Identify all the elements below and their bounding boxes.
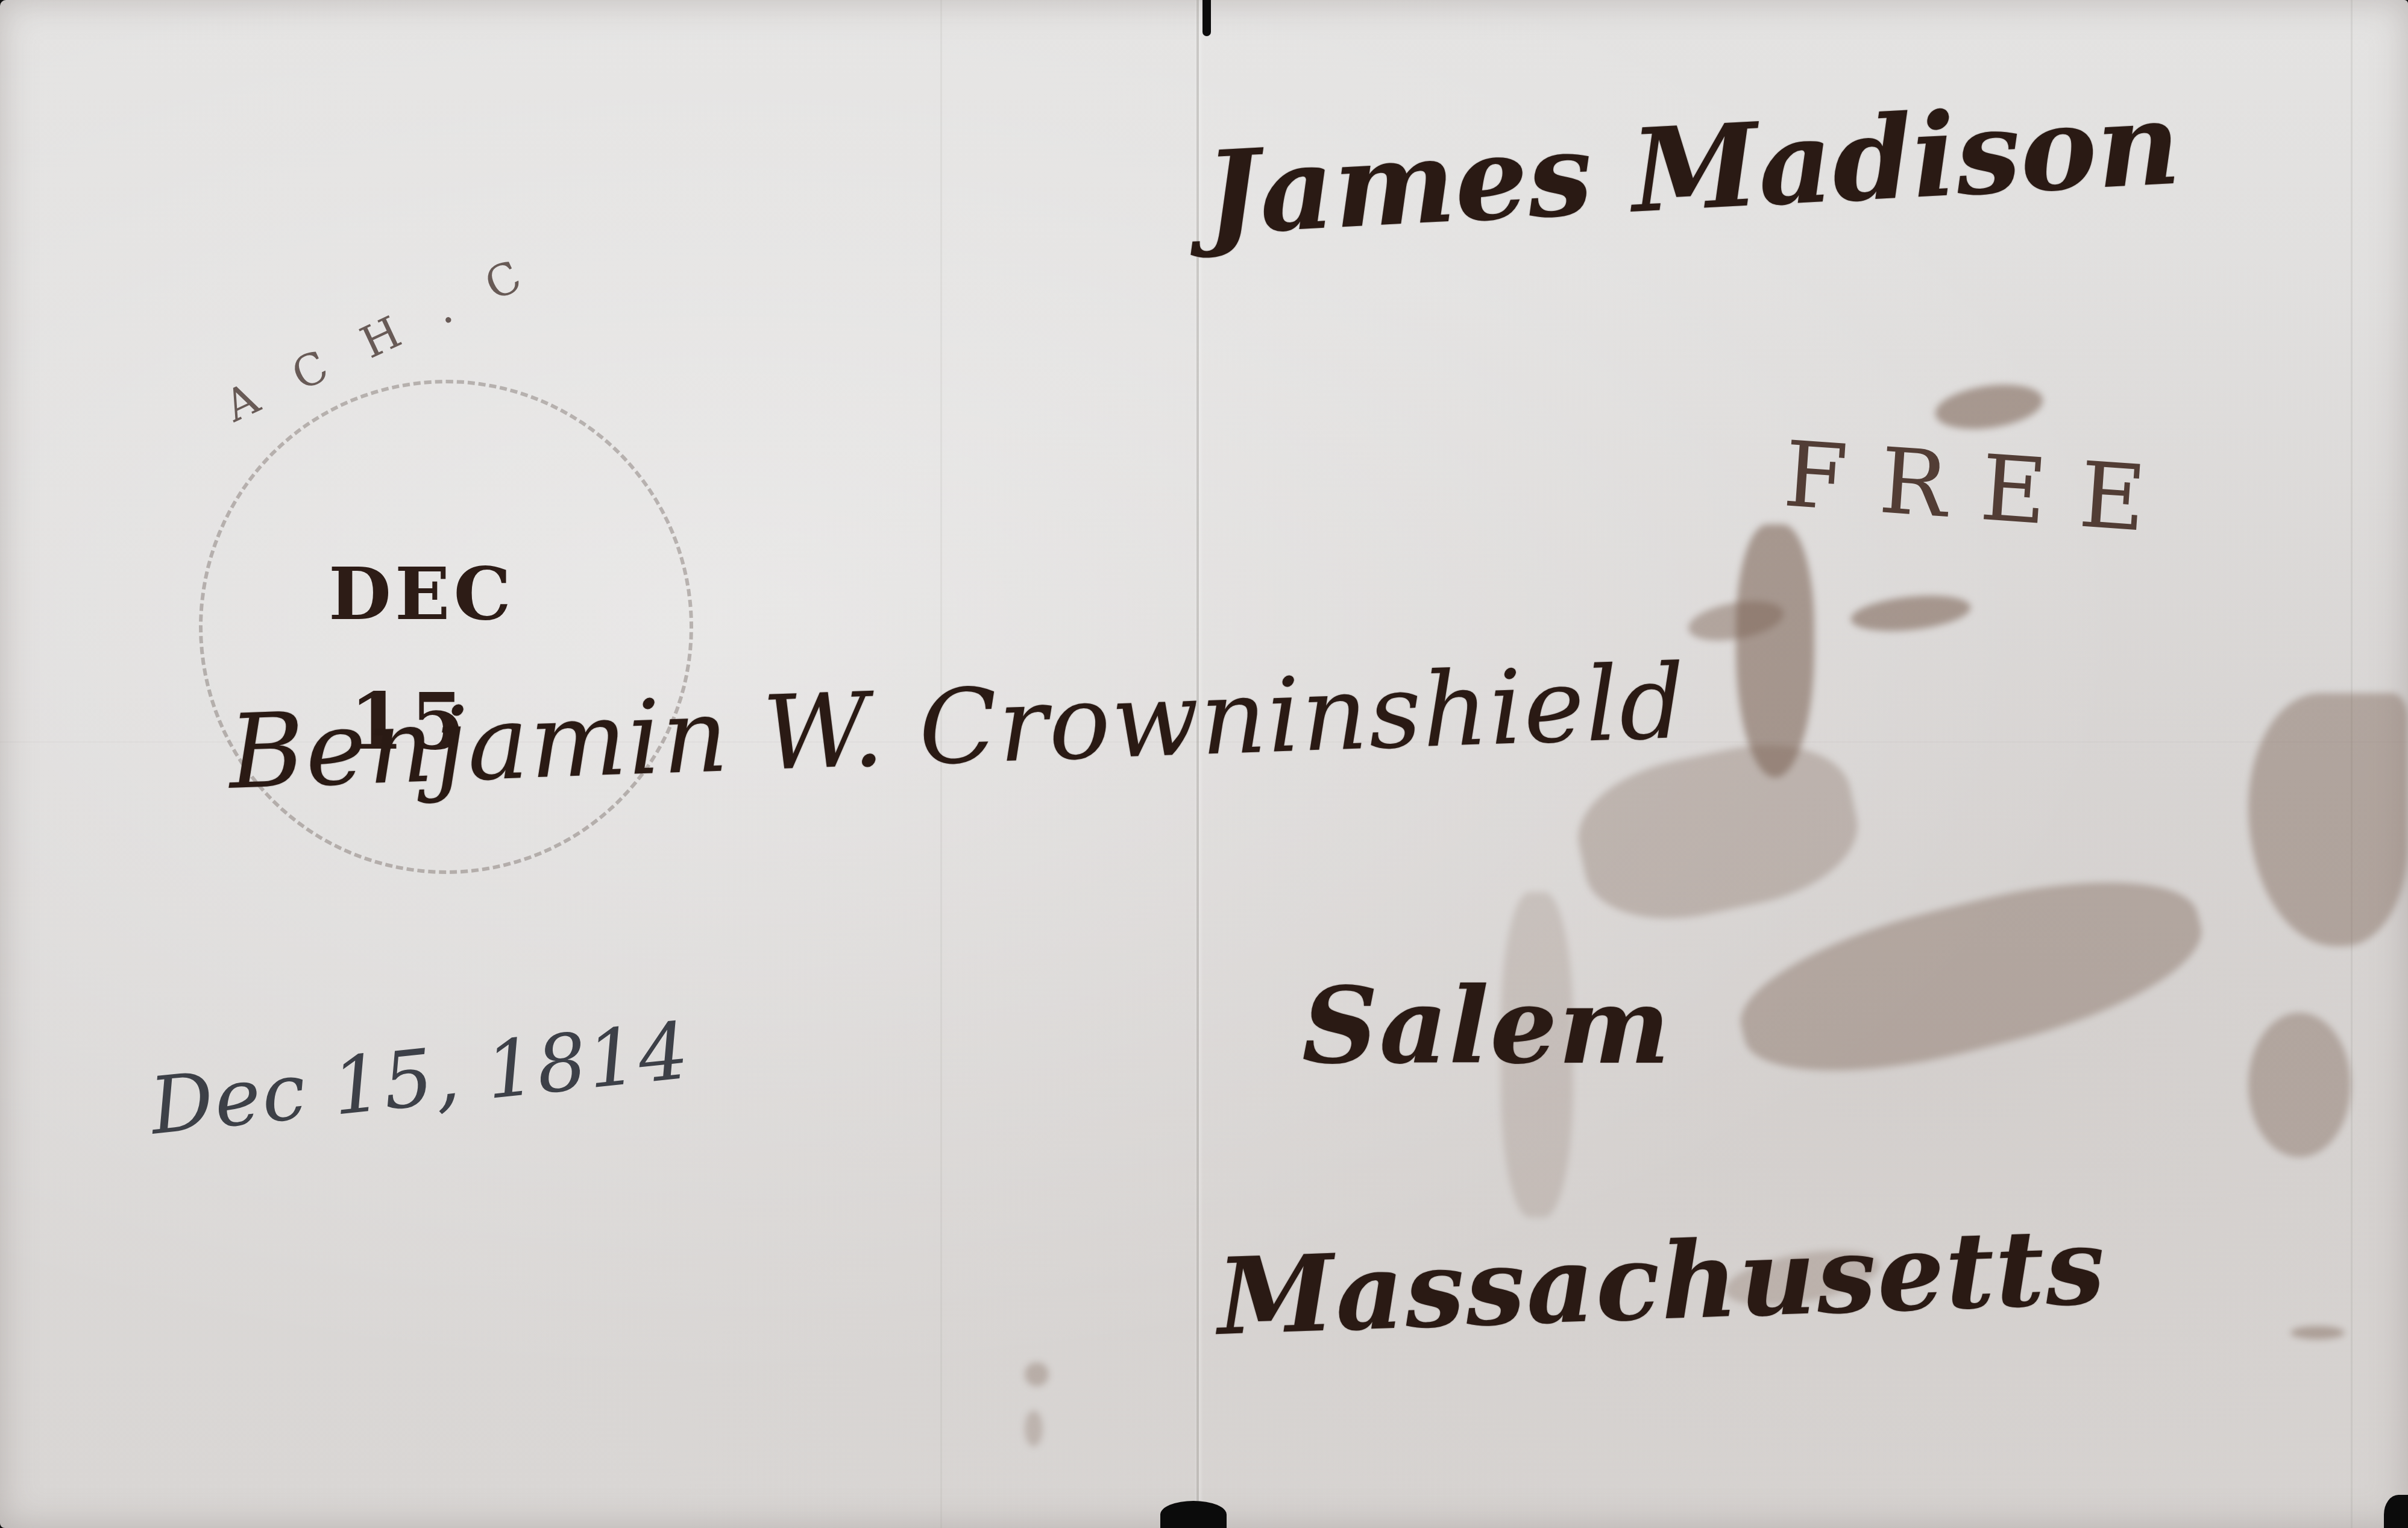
ink-spot: [1025, 1410, 1043, 1447]
paper-tear: [1202, 0, 1211, 36]
postmark-month: DEC: [329, 552, 515, 637]
ink-stain: [2248, 693, 2408, 946]
ink-stain: [2248, 1013, 2351, 1157]
ink-blot: [2290, 1326, 2345, 1339]
free-handstamp: FREE: [1781, 422, 2183, 554]
pencil-docket-date: Dec 15, 1814: [146, 1005, 694, 1152]
envelope-cover: A C H . C DEC 15 James Madison FREE Benj…: [0, 0, 2408, 1528]
ink-blot: [1932, 379, 2046, 435]
ink-spot: [1025, 1362, 1049, 1386]
recipient-state: Massachusetts: [1215, 1205, 2108, 1359]
ink-blot: [1736, 524, 1814, 778]
ink-blot: [1849, 591, 1973, 637]
paper-tear: [1160, 1501, 1227, 1528]
recipient-city: Salem: [1302, 964, 1671, 1088]
franking-signature: James Madison: [1202, 75, 2183, 260]
paper-tear: [2384, 1495, 2408, 1528]
